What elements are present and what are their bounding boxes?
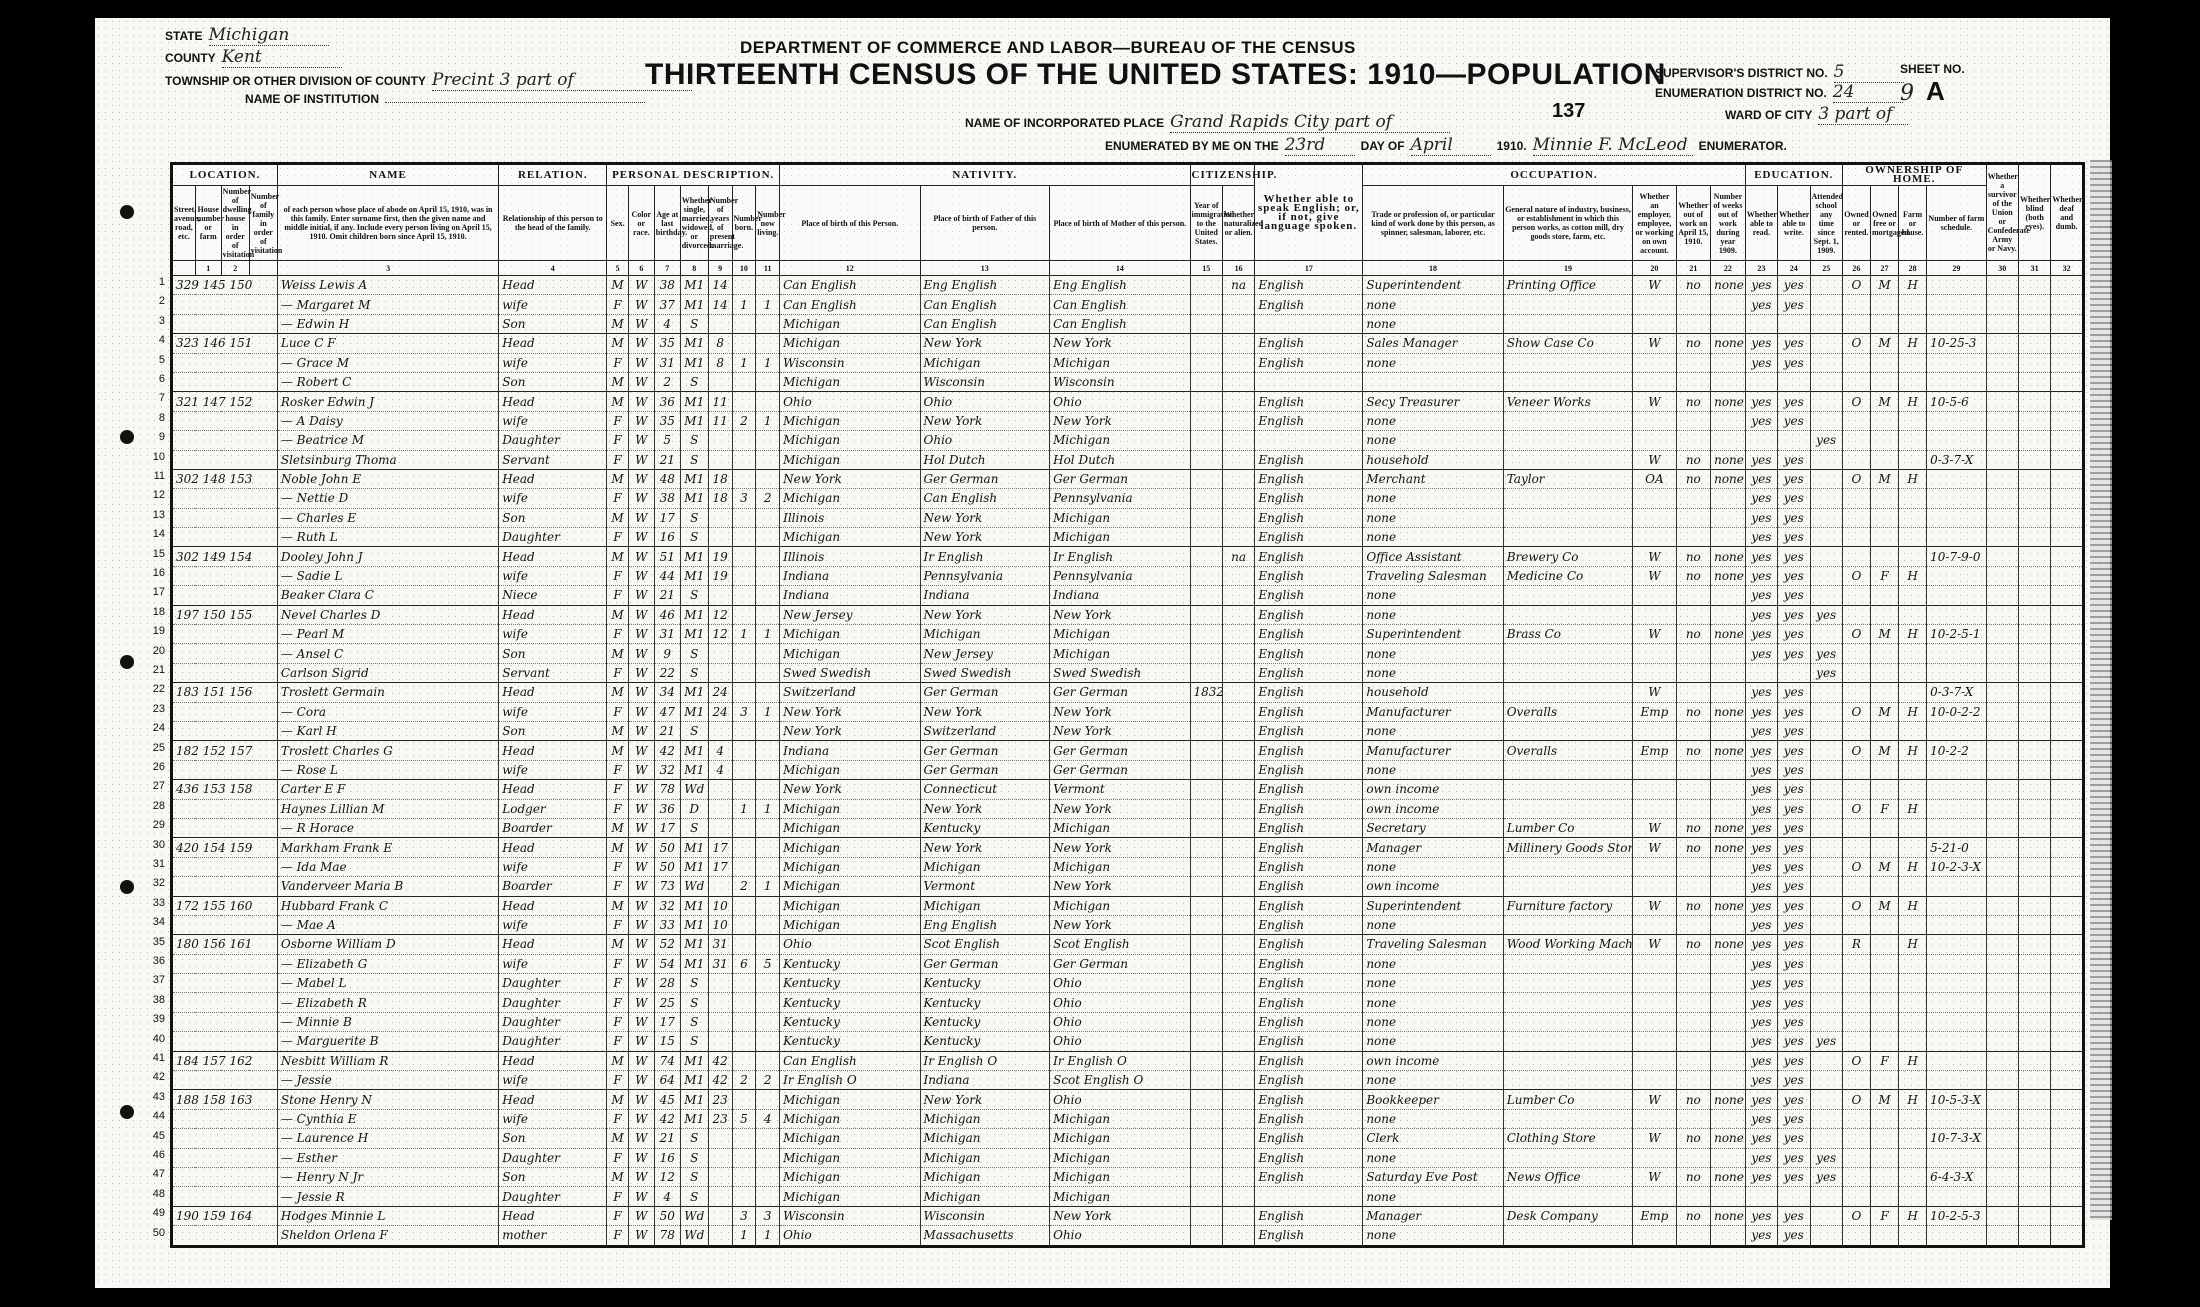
birthplace-father: Swed Swedish: [920, 663, 1050, 682]
owned-rented: [1842, 295, 1870, 314]
free-mortgaged: [1870, 644, 1898, 663]
deaf: [2051, 857, 2084, 876]
employer-status: [1633, 314, 1676, 333]
can-write: yes: [1778, 760, 1810, 779]
birthplace-mother: Michigan: [1050, 1129, 1190, 1148]
relation: wife: [499, 489, 607, 508]
school: [1810, 353, 1842, 372]
free-mortgaged: M: [1870, 857, 1898, 876]
deaf: [2051, 741, 2084, 760]
farm-house: [1899, 489, 1927, 508]
years-married: [708, 663, 732, 682]
location: [172, 857, 278, 876]
farm-house: H: [1899, 896, 1927, 915]
naturalization: [1222, 721, 1254, 740]
free-mortgaged: M: [1870, 702, 1898, 721]
location: 321 147 152: [172, 392, 278, 411]
birthplace-father: Michigan: [920, 857, 1050, 876]
immigration-year: [1190, 566, 1222, 585]
relation: wife: [499, 702, 607, 721]
out-of-work: no: [1676, 392, 1711, 411]
trade: Clerk: [1363, 1129, 1503, 1148]
school: [1810, 450, 1842, 469]
line-number: 46: [145, 1149, 165, 1161]
industry: [1503, 683, 1633, 702]
table-row: — Jessie RDaughterFW4SMichiganMichiganMi…: [172, 1187, 2084, 1206]
race: W: [628, 469, 654, 488]
children-born: [732, 1187, 756, 1206]
farm-house: [1899, 450, 1927, 469]
owned-rented: [1842, 721, 1870, 740]
sex: F: [607, 566, 629, 585]
can-read: yes: [1745, 857, 1777, 876]
race: W: [628, 314, 654, 333]
industry: Lumber Co: [1503, 1090, 1633, 1109]
person-name: — Laurence H: [277, 1129, 498, 1148]
children-born: 3: [732, 1206, 756, 1225]
birthplace-person: Ohio: [780, 1226, 920, 1246]
marital-status: S: [680, 644, 708, 663]
birthplace-father: Ir English O: [920, 1051, 1050, 1070]
age: 46: [654, 605, 680, 624]
person-name: — Edwin H: [277, 314, 498, 333]
survivor: [1986, 838, 2018, 857]
industry: [1503, 450, 1633, 469]
immigration-year: [1190, 605, 1222, 624]
employer-status: W: [1633, 334, 1676, 353]
birthplace-mother: New York: [1050, 1206, 1190, 1225]
blind: [2018, 974, 2050, 993]
survivor: [1986, 469, 2018, 488]
age: 22: [654, 663, 680, 682]
years-married: 8: [708, 353, 732, 372]
can-read: yes: [1745, 721, 1777, 740]
line-number: 6: [145, 373, 165, 385]
col-out-of-work: Whether out of work on April 15, 1910.: [1676, 186, 1711, 261]
blind: [2018, 372, 2050, 391]
birthplace-father: Ger German: [920, 741, 1050, 760]
age: 5: [654, 431, 680, 450]
free-mortgaged: [1870, 1129, 1898, 1148]
col-sex: Sex.: [607, 186, 629, 261]
farm-house: H: [1899, 1090, 1927, 1109]
children-born: [732, 586, 756, 605]
industry: [1503, 411, 1633, 430]
schedule-number: [1927, 276, 1986, 295]
farm-house: H: [1899, 741, 1927, 760]
school: [1810, 1206, 1842, 1225]
children-living: [756, 1090, 780, 1109]
free-mortgaged: [1870, 547, 1898, 566]
owned-rented: [1842, 644, 1870, 663]
can-read: [1745, 431, 1777, 450]
years-married: [708, 799, 732, 818]
owned-rented: [1842, 489, 1870, 508]
school: [1810, 276, 1842, 295]
survivor: [1986, 508, 2018, 527]
employer-status: W: [1633, 276, 1676, 295]
col-house: House number or farm: [195, 186, 221, 261]
institution-field: NAME OF INSTITUTION: [245, 92, 645, 106]
owned-rented: [1842, 1032, 1870, 1051]
birthplace-mother: Ohio: [1050, 1226, 1190, 1246]
trade: none: [1363, 1032, 1503, 1051]
language: English: [1255, 838, 1363, 857]
immigration-year: [1190, 877, 1222, 896]
birthplace-person: Kentucky: [780, 1012, 920, 1031]
free-mortgaged: [1870, 314, 1898, 333]
relation: Head: [499, 935, 607, 954]
out-of-work: [1676, 780, 1711, 799]
birthplace-mother: Ohio: [1050, 1090, 1190, 1109]
line-number: 2: [145, 295, 165, 307]
survivor: [1986, 276, 2018, 295]
survivor: [1986, 314, 2018, 333]
employer-status: Emp: [1633, 702, 1676, 721]
survivor: [1986, 411, 2018, 430]
farm-house: [1899, 1129, 1927, 1148]
free-mortgaged: [1870, 818, 1898, 837]
group-education: EDUCATION.: [1745, 164, 1842, 186]
column-number: 12: [780, 261, 920, 276]
language: English: [1255, 489, 1363, 508]
table-row: 184 157 162Nesbitt William RHeadMW74M142…: [172, 1051, 2084, 1070]
weeks-out: none: [1711, 469, 1746, 488]
birthplace-mother: Wisconsin: [1050, 372, 1190, 391]
column-number: 2: [221, 261, 249, 276]
birthplace-mother: Ir English: [1050, 547, 1190, 566]
free-mortgaged: M: [1870, 334, 1898, 353]
years-married: [708, 721, 732, 740]
line-number: 28: [145, 800, 165, 812]
free-mortgaged: [1870, 431, 1898, 450]
location: [172, 295, 278, 314]
can-write: yes: [1778, 1129, 1810, 1148]
school: [1810, 411, 1842, 430]
children-born: 3: [732, 489, 756, 508]
farm-house: [1899, 644, 1927, 663]
trade: none: [1363, 915, 1503, 934]
weeks-out: none: [1711, 1206, 1746, 1225]
sex: M: [607, 469, 629, 488]
race: W: [628, 295, 654, 314]
col-owned: Owned or rented.: [1842, 186, 1870, 261]
binder-hole: [120, 430, 134, 444]
can-read: yes: [1745, 450, 1777, 469]
sex: F: [607, 663, 629, 682]
table-row: — Mae AwifeFW33M110MichiganEng EnglishNe…: [172, 915, 2084, 934]
deaf: [2051, 721, 2084, 740]
farm-house: [1899, 1167, 1927, 1186]
children-born: 1: [732, 625, 756, 644]
schedule-number: 10-7-9-0: [1927, 547, 1986, 566]
school: [1810, 1129, 1842, 1148]
line-number: 49: [145, 1207, 165, 1219]
naturalization: [1222, 625, 1254, 644]
birthplace-mother: Ir English O: [1050, 1051, 1190, 1070]
race: W: [628, 857, 654, 876]
location: [172, 663, 278, 682]
birthplace-father: Pennsylvania: [920, 566, 1050, 585]
immigration-year: [1190, 334, 1222, 353]
weeks-out: [1711, 993, 1746, 1012]
relation: wife: [499, 411, 607, 430]
birthplace-person: Indiana: [780, 741, 920, 760]
table-row: — EstherDaughterFW16SMichiganMichiganMic…: [172, 1148, 2084, 1167]
free-mortgaged: [1870, 877, 1898, 896]
person-name: — Esther: [277, 1148, 498, 1167]
children-living: [756, 314, 780, 333]
free-mortgaged: [1870, 974, 1898, 993]
farm-house: H: [1899, 276, 1927, 295]
industry: [1503, 353, 1633, 372]
language: English: [1255, 896, 1363, 915]
industry: [1503, 528, 1633, 547]
person-name: — Robert C: [277, 372, 498, 391]
race: W: [628, 993, 654, 1012]
relation: Daughter: [499, 974, 607, 993]
out-of-work: [1676, 760, 1711, 779]
marital-status: S: [680, 721, 708, 740]
marital-status: S: [680, 1167, 708, 1186]
trade: Superintendent: [1363, 276, 1503, 295]
marital-status: M1: [680, 276, 708, 295]
location: [172, 818, 278, 837]
naturalization: [1222, 915, 1254, 934]
free-mortgaged: M: [1870, 469, 1898, 488]
survivor: [1986, 625, 2018, 644]
relation: Daughter: [499, 528, 607, 547]
trade: none: [1363, 721, 1503, 740]
children-born: 2: [732, 1071, 756, 1090]
marital-status: S: [680, 818, 708, 837]
relation: wife: [499, 1071, 607, 1090]
employer-status: [1633, 760, 1676, 779]
column-number: 1: [195, 261, 221, 276]
free-mortgaged: [1870, 586, 1898, 605]
weeks-out: none: [1711, 547, 1746, 566]
line-number: 39: [145, 1013, 165, 1025]
blind: [2018, 295, 2050, 314]
weeks-out: none: [1711, 276, 1746, 295]
trade: none: [1363, 586, 1503, 605]
binder-hole: [120, 205, 134, 219]
owned-rented: O: [1842, 1090, 1870, 1109]
line-number: 47: [145, 1168, 165, 1180]
survivor: [1986, 877, 2018, 896]
industry: Medicine Co: [1503, 566, 1633, 585]
trade: Manufacturer: [1363, 741, 1503, 760]
table-row: 321 147 152Rosker Edwin JHeadMW36M111Ohi…: [172, 392, 2084, 411]
person-name: Osborne William D: [277, 935, 498, 954]
sex: F: [607, 915, 629, 934]
birthplace-person: New York: [780, 780, 920, 799]
children-living: [756, 838, 780, 857]
relation: Head: [499, 780, 607, 799]
schedule-number: [1927, 1187, 1986, 1206]
sex: F: [607, 411, 629, 430]
children-born: [732, 508, 756, 527]
owned-rented: [1842, 993, 1870, 1012]
children-living: 3: [756, 1206, 780, 1225]
free-mortgaged: [1870, 663, 1898, 682]
school: [1810, 1109, 1842, 1128]
children-born: [732, 1090, 756, 1109]
birthplace-father: New York: [920, 605, 1050, 624]
table-row: — Grace MwifeFW31M1811WisconsinMichiganM…: [172, 353, 2084, 372]
marital-status: S: [680, 450, 708, 469]
years-married: 10: [708, 915, 732, 934]
immigration-year: [1190, 1071, 1222, 1090]
children-living: [756, 605, 780, 624]
sex: F: [607, 450, 629, 469]
free-mortgaged: [1870, 450, 1898, 469]
school: [1810, 683, 1842, 702]
children-living: [756, 508, 780, 527]
employer-status: [1633, 431, 1676, 450]
birthplace-person: New York: [780, 702, 920, 721]
enumeration-label: ENUMERATION DISTRICT NO.: [1655, 86, 1827, 100]
children-living: [756, 644, 780, 663]
marital-status: M1: [680, 935, 708, 954]
column-number: 3: [277, 261, 498, 276]
children-born: [732, 974, 756, 993]
birthplace-father: New York: [920, 411, 1050, 430]
can-read: yes: [1745, 818, 1777, 837]
marital-status: S: [680, 993, 708, 1012]
location: [172, 1071, 278, 1090]
trade: own income: [1363, 1051, 1503, 1070]
relation: Son: [499, 508, 607, 527]
employer-status: [1633, 663, 1676, 682]
weeks-out: [1711, 1051, 1746, 1070]
deaf: [2051, 625, 2084, 644]
deaf: [2051, 1012, 2084, 1031]
race: W: [628, 838, 654, 857]
weeks-out: none: [1711, 566, 1746, 585]
survivor: [1986, 780, 2018, 799]
naturalization: [1222, 877, 1254, 896]
children-living: [756, 1032, 780, 1051]
weeks-out: [1711, 1012, 1746, 1031]
children-living: [756, 586, 780, 605]
blind: [2018, 469, 2050, 488]
out-of-work: [1676, 1148, 1711, 1167]
trade: none: [1363, 663, 1503, 682]
children-living: [756, 993, 780, 1012]
column-number: 28: [1899, 261, 1927, 276]
deaf: [2051, 935, 2084, 954]
can-write: yes: [1778, 1071, 1810, 1090]
years-married: [708, 508, 732, 527]
birthplace-father: Ir English: [920, 547, 1050, 566]
can-write: yes: [1778, 1090, 1810, 1109]
person-name: Haynes Lillian M: [277, 799, 498, 818]
birthplace-person: Michigan: [780, 450, 920, 469]
school: [1810, 372, 1842, 391]
location: [172, 450, 278, 469]
weeks-out: none: [1711, 741, 1746, 760]
line-number: 38: [145, 994, 165, 1006]
out-of-work: [1676, 1226, 1711, 1246]
birthplace-person: Michigan: [780, 915, 920, 934]
can-read: yes: [1745, 896, 1777, 915]
industry: [1503, 1226, 1633, 1246]
sheet-label: SHEET NO.: [1900, 62, 1965, 76]
weeks-out: none: [1711, 838, 1746, 857]
table-row: 302 149 154Dooley John JHeadMW51M119Illi…: [172, 547, 2084, 566]
location: 436 153 158: [172, 780, 278, 799]
can-write: yes: [1778, 547, 1810, 566]
farm-house: [1899, 314, 1927, 333]
sex: M: [607, 1129, 629, 1148]
industry: Millinery Goods Store: [1503, 838, 1633, 857]
table-row: — Edwin HSonMW4SMichiganCan EnglishCan E…: [172, 314, 2084, 333]
immigration-year: [1190, 295, 1222, 314]
state-value: Michigan: [209, 25, 329, 46]
years-married: [708, 1226, 732, 1246]
free-mortgaged: [1870, 1226, 1898, 1246]
free-mortgaged: M: [1870, 276, 1898, 295]
relation: Boarder: [499, 877, 607, 896]
out-of-work: [1676, 974, 1711, 993]
race: W: [628, 954, 654, 973]
naturalization: [1222, 1187, 1254, 1206]
industry: [1503, 993, 1633, 1012]
deaf: [2051, 799, 2084, 818]
birthplace-father: Kentucky: [920, 818, 1050, 837]
weeks-out: [1711, 857, 1746, 876]
birthplace-father: Massachusetts: [920, 1226, 1050, 1246]
deaf: [2051, 1090, 2084, 1109]
language: English: [1255, 586, 1363, 605]
weeks-out: [1711, 586, 1746, 605]
school: yes: [1810, 644, 1842, 663]
out-of-work: [1676, 857, 1711, 876]
children-living: [756, 566, 780, 585]
years-married: [708, 1187, 732, 1206]
owned-rented: [1842, 1071, 1870, 1090]
blind: [2018, 818, 2050, 837]
birthplace-person: Michigan: [780, 411, 920, 430]
col-write: Whether able to write.: [1778, 186, 1810, 261]
immigration-year: [1190, 1109, 1222, 1128]
language: English: [1255, 353, 1363, 372]
school: yes: [1810, 605, 1842, 624]
trade: none: [1363, 489, 1503, 508]
marital-status: S: [680, 1012, 708, 1031]
department-heading: DEPARTMENT OF COMMERCE AND LABOR—BUREAU …: [740, 38, 1356, 58]
col-age: Age at last birthday.: [654, 186, 680, 261]
marital-status: M1: [680, 566, 708, 585]
deaf: [2051, 1071, 2084, 1090]
sex: F: [607, 1071, 629, 1090]
naturalization: na: [1222, 547, 1254, 566]
sex: M: [607, 683, 629, 702]
blind: [2018, 935, 2050, 954]
children-living: [756, 663, 780, 682]
race: W: [628, 683, 654, 702]
location: 182 152 157: [172, 741, 278, 760]
school: [1810, 915, 1842, 934]
weeks-out: [1711, 353, 1746, 372]
person-name: Nevel Charles D: [277, 605, 498, 624]
sex: F: [607, 625, 629, 644]
weeks-out: [1711, 508, 1746, 527]
children-born: [732, 1129, 756, 1148]
years-married: 31: [708, 935, 732, 954]
relation: wife: [499, 295, 607, 314]
